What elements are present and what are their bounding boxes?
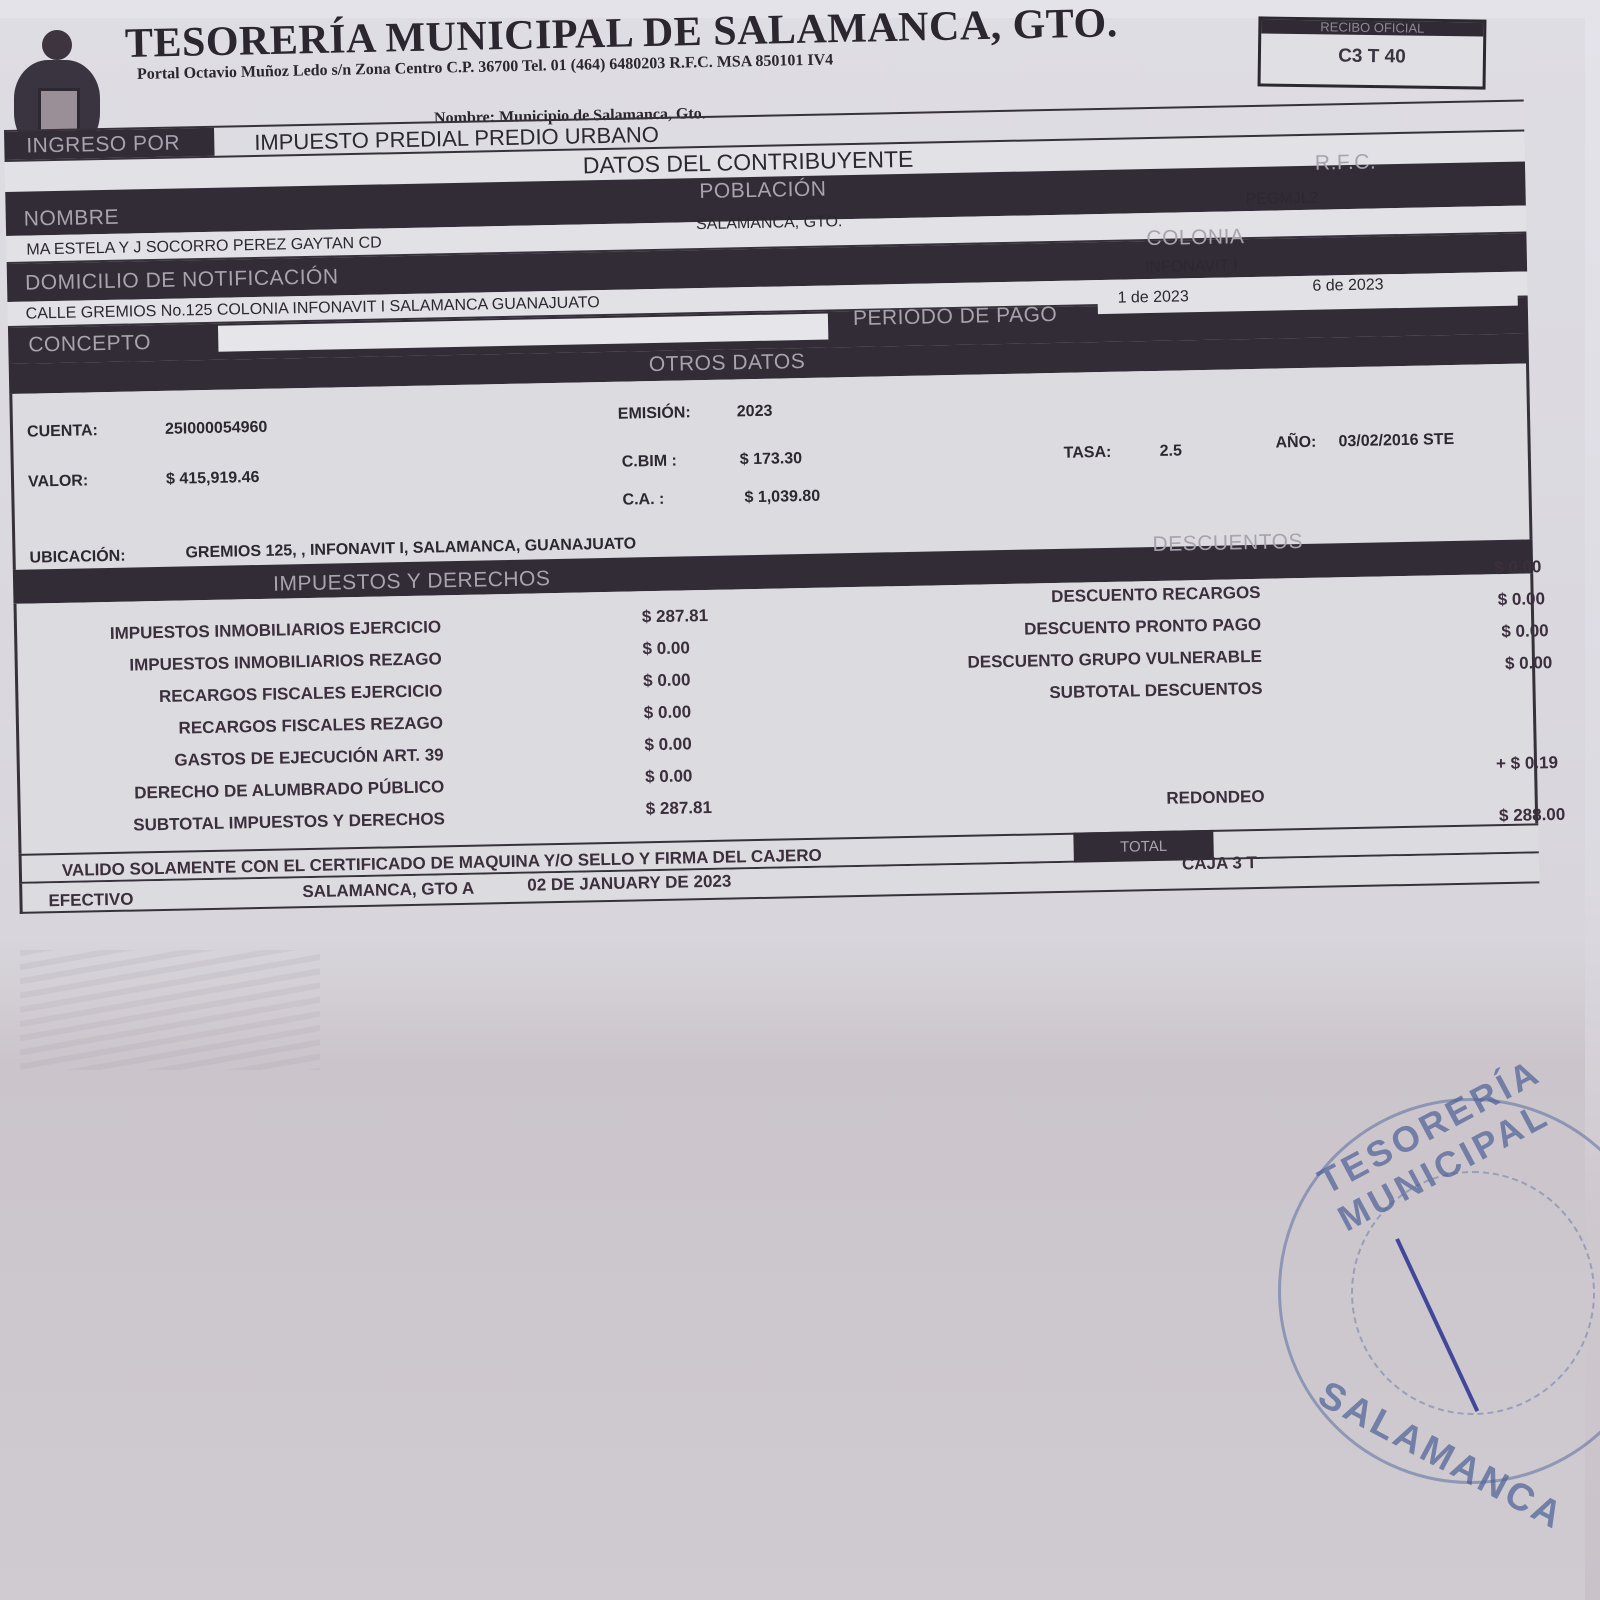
forma-pago: EFECTIVO <box>48 890 133 912</box>
valor-label: VALOR: <box>28 472 88 491</box>
impuesto-amount: $ 0.00 <box>644 702 692 723</box>
colonia-value: INFONAVIT I <box>1145 257 1238 277</box>
impuesto-amount: $ 0.00 <box>643 670 691 691</box>
emision-label: EMISIÓN: <box>618 404 691 423</box>
cbim-label: C.BIM : <box>622 453 677 472</box>
ca-label: C.A. : <box>622 491 664 510</box>
impuesto-amount: $ 0.00 <box>644 734 692 755</box>
descuento-label: SUBTOTAL DESCUENTOS <box>1049 679 1263 703</box>
folio-value: C3 T 40 <box>1261 33 1484 80</box>
ca-value: $ 1,039.80 <box>744 488 820 508</box>
periodo-label: PERIODO DE PAGO <box>853 303 1058 331</box>
anio-label: AÑO: <box>1275 434 1316 453</box>
otros-datos-section: CUENTA: 25I000054960 EMISIÓN: 2023 VALOR… <box>9 363 1532 569</box>
impuesto-amount: $ 287.81 <box>642 606 709 627</box>
periodo-desde: 1 de 2023 <box>1117 288 1189 307</box>
periodo-hasta: 6 de 2023 <box>1312 276 1384 295</box>
domicilio-label: DOMICILIO DE NOTIFICACIÓN <box>25 265 339 295</box>
poblacion-value: SALAMANCA, GTO. <box>696 213 843 234</box>
descuentos-title: DESCUENTOS <box>1152 530 1303 557</box>
receipt-form: INGRESO POR IMPUESTO PREDIAL PREDIO URBA… <box>4 99 1579 914</box>
total-value: $ 288.00 <box>1499 805 1566 826</box>
faint-handwriting <box>20 950 320 1070</box>
impuesto-amount: $ 0.00 <box>642 638 690 659</box>
impuesto-label: IMPUESTOS INMOBILIARIOS EJERCICIO <box>110 617 442 644</box>
impuesto-label: RECARGOS FISCALES REZAGO <box>178 713 443 738</box>
redondeo-label: REDONDEO <box>1166 787 1265 809</box>
nombre-value: MA ESTELA Y J SOCORRO PEREZ GAYTAN CD <box>26 234 382 259</box>
valor-value: $ 415,919.46 <box>166 469 260 489</box>
cuenta-label: CUENTA: <box>27 422 98 441</box>
otros-datos-title: OTROS DATOS <box>649 350 806 377</box>
impuesto-label: RECARGOS FISCALES EJERCICIO <box>159 681 443 707</box>
impuesto-label: DERECHO DE ALUMBRADO PÚBLICO <box>134 777 444 803</box>
folio-box: RECIBO OFICIAL C3 T 40 <box>1258 16 1487 89</box>
cbim-value: $ 173.30 <box>740 450 803 469</box>
impuesto-label: SUBTOTAL IMPUESTOS Y DERECHOS <box>133 809 445 835</box>
descuento-label: DESCUENTO PRONTO PAGO <box>1024 615 1261 640</box>
descuento-amount: $ 0.00 <box>1494 557 1542 578</box>
impuesto-label: GASTOS DE EJECUCIÓN ART. 39 <box>174 745 444 770</box>
rfc-value: PEGMJL2 <box>1245 190 1318 209</box>
fecha: 02 DE JANUARY DE 2023 <box>527 872 731 896</box>
impuesto-amount: $ 287.81 <box>646 798 713 819</box>
cuenta-value: 25I000054960 <box>165 419 268 439</box>
concepto-label: CONCEPTO <box>28 331 151 357</box>
ubicacion-label: UBICACIÓN: <box>29 548 125 568</box>
poblacion-label: POBLACIÓN <box>699 178 827 205</box>
impuesto-amount: $ 0.00 <box>645 766 693 787</box>
impuesto-label: IMPUESTOS INMOBILIARIOS REZAGO <box>129 649 442 675</box>
nombre-label: NOMBRE <box>24 206 120 232</box>
rfc-label: R.F.C. <box>1315 150 1377 175</box>
redondeo-value: + $ 0.19 <box>1496 753 1558 774</box>
amounts-section: IMPUESTOS INMOBILIARIOS EJERCICIO$ 287.8… <box>14 573 1539 853</box>
caja: CAJA 3 T <box>1182 853 1257 875</box>
tasa-label: TASA: <box>1064 444 1112 463</box>
tasa-value: 2.5 <box>1160 442 1183 460</box>
descuento-amount: $ 0.00 <box>1501 621 1549 642</box>
colonia-label: COLONIA <box>1146 225 1244 251</box>
lugar: SALAMANCA, GTO A <box>302 879 474 902</box>
anio-value: 03/02/2016 STE <box>1338 431 1454 451</box>
descuento-label: DESCUENTO RECARGOS <box>1051 583 1261 607</box>
emision-value: 2023 <box>737 403 773 422</box>
descuento-label: DESCUENTO GRUPO VULNERABLE <box>967 647 1262 673</box>
descuento-amount: $ 0.00 <box>1505 653 1553 674</box>
descuento-amount: $ 0.00 <box>1498 589 1546 610</box>
impuestos-title: IMPUESTOS Y DERECHOS <box>273 567 551 597</box>
